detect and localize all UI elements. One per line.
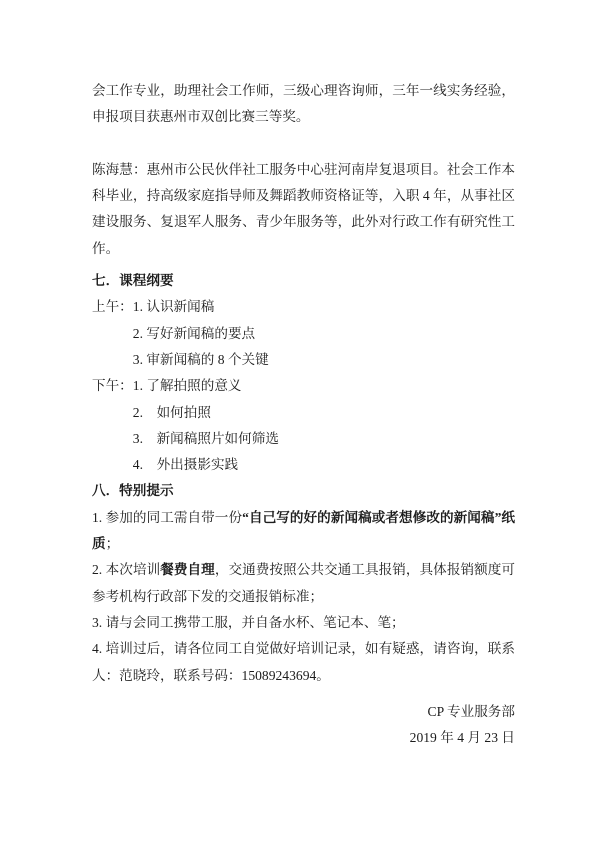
text-run: 2. 写好新闻稿的要点	[133, 326, 255, 341]
text-run: 3. 审新闻稿的 8 个关键	[133, 352, 269, 367]
signature-department: CP 专业服务部	[92, 699, 515, 725]
note-item-1: 1. 参加的同工需自带一份“自己写的好的新闻稿或者想修改的新闻稿”纸质；	[92, 505, 515, 558]
text-run: 3. 新闻稿照片如何筛选	[133, 431, 279, 446]
outline-morning-item-1: 上午：1. 认识新闻稿	[92, 294, 515, 320]
outline-afternoon-item-3: 3. 新闻稿照片如何筛选	[92, 426, 515, 452]
text-run: 4. 外出摄影实践	[133, 457, 238, 472]
text-run: 2019 年 4 月 23 日	[410, 730, 515, 745]
document-content: 会工作专业，助理社会工作师，三级心理咨询师，三年一线实务经验，申报项目获惠州市双…	[0, 0, 600, 751]
bold-text-run: 八．特别提示	[92, 483, 174, 498]
outline-morning-item-3: 3. 审新闻稿的 8 个关键	[92, 347, 515, 373]
outline-afternoon-item-4: 4. 外出摄影实践	[92, 452, 515, 478]
text-run: 3. 请与会同工携带工服，并自备水杯、笔记本、笔；	[92, 615, 405, 630]
outline-afternoon-item-2: 2. 如何拍照	[92, 400, 515, 426]
paragraph-qualifications: 会工作专业，助理社会工作师，三级心理咨询师，三年一线实务经验，申报项目获惠州市双…	[92, 78, 515, 131]
text-run: 4. 培训过后，请各位同工自觉做好培训记录，如有疑惑，请咨询，联系人：范晓玲，联…	[92, 641, 515, 682]
text-run: CP 专业服务部	[428, 704, 516, 719]
text-run: 1. 参加的同工需自带一份	[92, 510, 242, 525]
text-run: 2. 本次培训	[92, 562, 160, 577]
text-run: 会工作专业，助理社会工作师，三级心理咨询师，三年一线实务经验，申报项目获惠州市双…	[92, 83, 515, 124]
document-page: 会工作专业，助理社会工作师，三级心理咨询师，三年一线实务经验，申报项目获惠州市双…	[0, 0, 600, 848]
text-run: 陈海慧：惠州市公民伙伴社工服务中心驻河南岸复退项目。社会工作本科毕业，持高级家庭…	[92, 162, 515, 256]
outline-afternoon-item-1: 下午：1. 了解拍照的意义	[92, 373, 515, 399]
note-item-3: 3. 请与会同工携带工服，并自备水杯、笔记本、笔；	[92, 610, 515, 636]
text-run: 2. 如何拍照	[133, 405, 211, 420]
heading-section-7: 七．课程纲要	[92, 268, 515, 294]
signature-date: 2019 年 4 月 23 日	[92, 725, 515, 751]
paragraph-bio-chenhaihui: 陈海慧：惠州市公民伙伴社工服务中心驻河南岸复退项目。社会工作本科毕业，持高级家庭…	[92, 157, 515, 262]
text-run: 上午：1. 认识新闻稿	[92, 299, 214, 314]
bold-text-run: 七．课程纲要	[92, 273, 174, 288]
bold-text-run: 餐费自理	[160, 562, 215, 577]
heading-section-8: 八．特别提示	[92, 478, 515, 504]
note-item-4: 4. 培训过后，请各位同工自觉做好培训记录，如有疑惑，请咨询，联系人：范晓玲，联…	[92, 636, 515, 689]
text-run: 下午：1. 了解拍照的意义	[92, 378, 242, 393]
outline-morning-item-2: 2. 写好新闻稿的要点	[92, 321, 515, 347]
note-item-2: 2. 本次培训餐费自理，交通费按照公共交通工具报销，具体报销额度可参考机构行政部…	[92, 557, 515, 610]
text-run: ；	[106, 536, 120, 551]
